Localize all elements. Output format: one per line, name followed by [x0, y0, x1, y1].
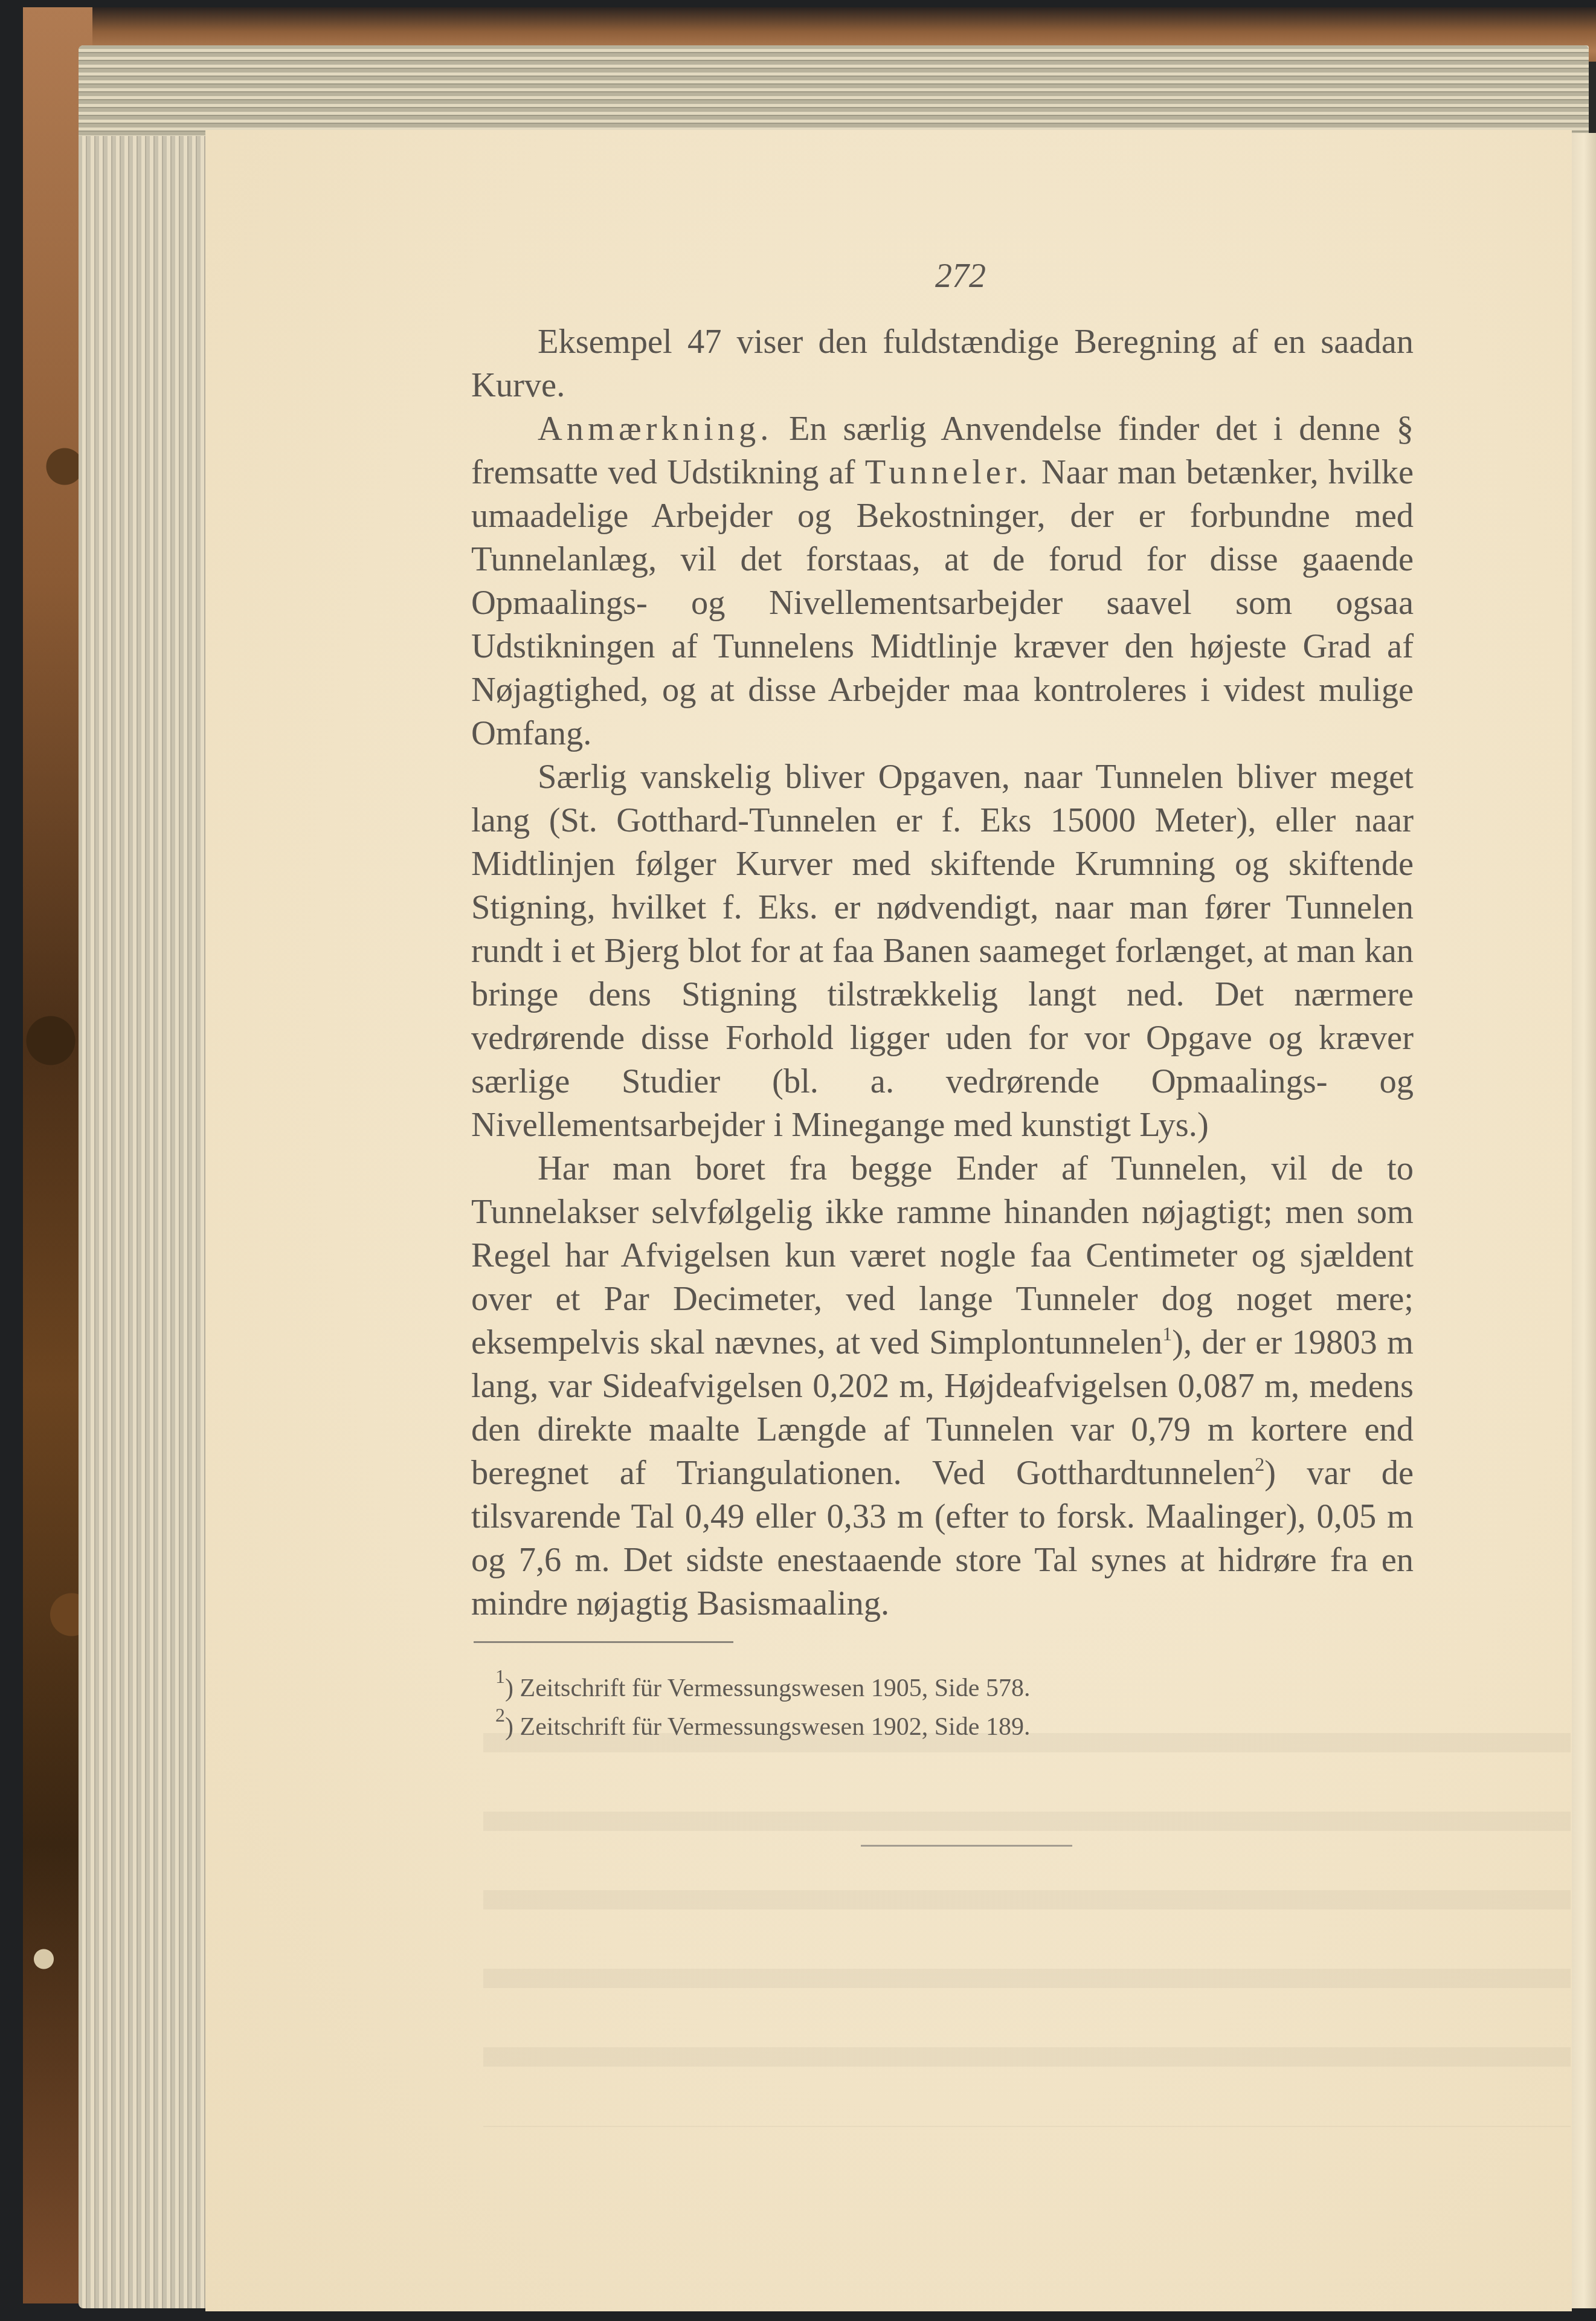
footnote-marker-2: 2	[495, 1704, 505, 1726]
page-stack-right	[1571, 133, 1596, 2308]
page-number: 272	[924, 257, 997, 295]
footnote-2-text: ) Zeitschrift für Vermessungswesen 1902,…	[505, 1713, 1030, 1741]
footnote-1: 1) Zeitschrift für Vermessungswesen 1905…	[495, 1669, 1281, 1708]
footnote-1-text: ) Zeitschrift für Vermessungswesen 1905,…	[505, 1674, 1030, 1702]
paragraph-3: Særlig vanskelig bliver Opgaven, naar Tu…	[471, 755, 1414, 1147]
section-end-rule	[861, 1845, 1072, 1847]
body-text: Eksempel 47 viser den fuldstændige Bereg…	[471, 320, 1414, 1625]
page-stack-top	[79, 45, 1589, 136]
footnote-ref-1[interactable]: 1	[1162, 1323, 1172, 1345]
paragraph-1: Eksempel 47 viser den fuldstændige Bereg…	[471, 320, 1414, 407]
footnote-2: 2) Zeitschrift für Vermessungswesen 1902…	[495, 1708, 1281, 1746]
footnote-ref-2[interactable]: 2	[1255, 1453, 1264, 1475]
remark-heading: Anmærkning.	[538, 410, 773, 448]
paragraph-2: Anmærkning. En særlig Anvendelse finder …	[471, 407, 1414, 755]
footnote-marker-1: 1	[495, 1665, 505, 1687]
paragraph-4: Har man boret fra begge Ender af Tunnele…	[471, 1147, 1414, 1625]
footnote-divider	[474, 1641, 733, 1643]
footnotes: 1) Zeitschrift für Vermessungswesen 1905…	[495, 1669, 1281, 1746]
spaced-term-tunneler: Tunneler.	[865, 454, 1032, 491]
paragraph-2-text-b: Naar man betænker, hvilke umaadelige Arb…	[471, 454, 1414, 752]
